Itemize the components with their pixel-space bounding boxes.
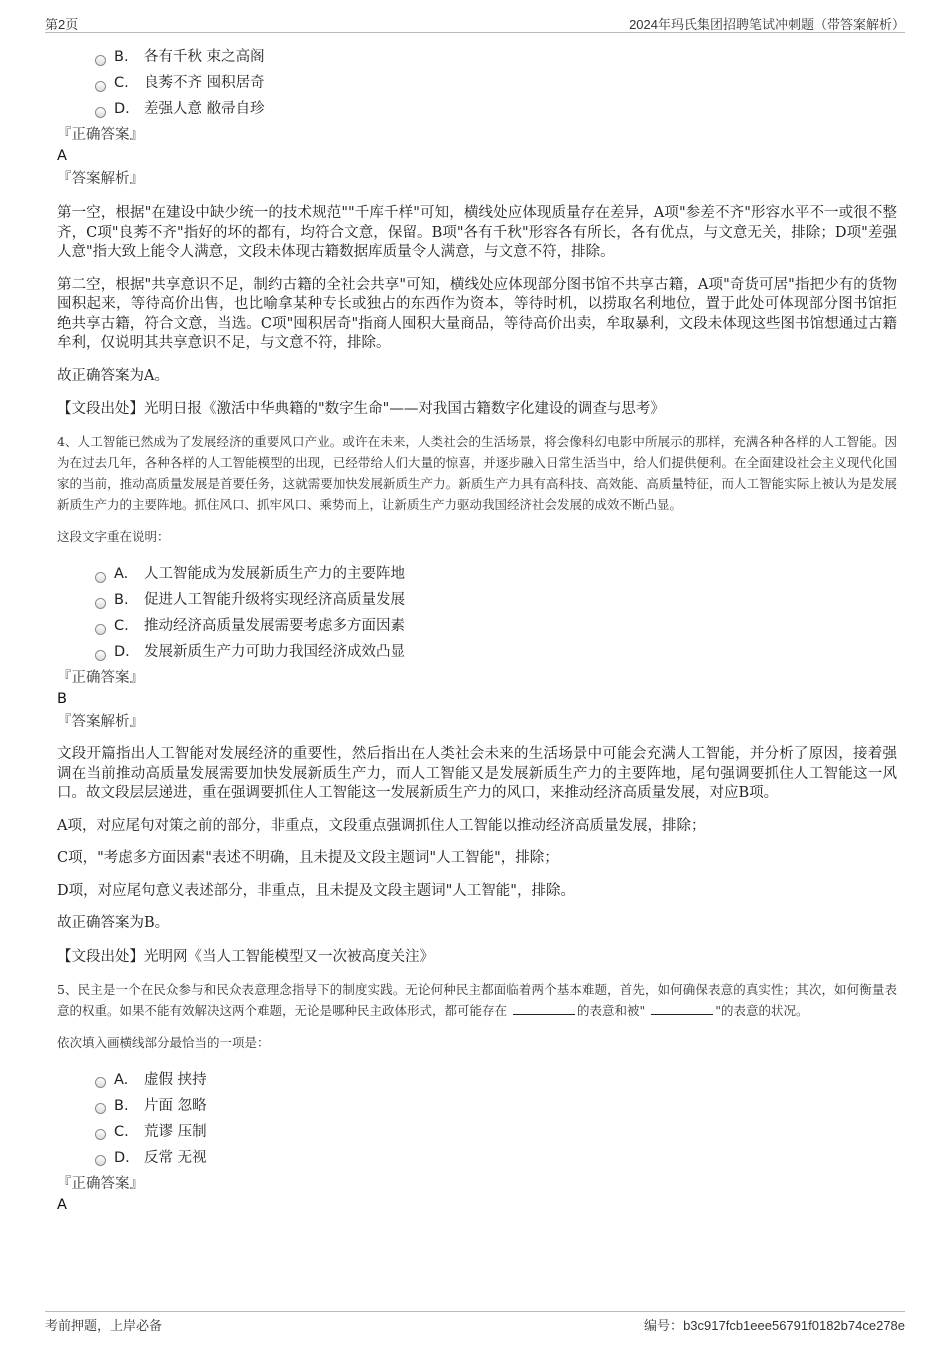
q3-conclusion: 故正确答案为A。 bbox=[57, 367, 897, 387]
q3-analysis-para-1: 第一空，根据"在建设中缺少统一的技术规范""千库千样"可知，横线处应体现质量存在… bbox=[57, 204, 897, 263]
q5-answer: A bbox=[57, 1195, 897, 1215]
radio-icon[interactable] bbox=[95, 650, 106, 661]
radio-icon[interactable] bbox=[95, 107, 106, 118]
page-footer: 考前押题，上岸必备 编号：b3c917fcb1eee56791f0182b74c… bbox=[45, 1311, 905, 1336]
q3-analysis-label: 『答案解析』 bbox=[57, 168, 897, 190]
q4-options: A. 人工智能成为发展新质生产力的主要阵地 B. 促进人工智能升级将实现经济高质… bbox=[95, 561, 897, 665]
q3-source: 【文段出处】光明日报《激活中华典籍的"数字生命"——对我国古籍数字化建设的调查与… bbox=[57, 399, 897, 419]
q3-option-b[interactable]: B. 各有千秋 束之高阁 bbox=[95, 44, 897, 70]
page-number: 第2页 bbox=[45, 14, 78, 33]
q4-analysis-para-1: 文段开篇指出人工智能对发展经济的重要性，然后指出在人类社会未来的生活场景中可能会… bbox=[57, 745, 897, 804]
q4-prompt: 这段文字重在说明： bbox=[57, 526, 897, 547]
radio-icon[interactable] bbox=[95, 598, 106, 609]
q3-analysis-para-2: 第二空，根据"共享意识不足，制约古籍的全社会共享"可知，横线处应体现部分图书馆不… bbox=[57, 276, 897, 354]
footer-slogan: 考前押题，上岸必备 bbox=[45, 1315, 162, 1334]
q4-option-a[interactable]: A. 人工智能成为发展新质生产力的主要阵地 bbox=[95, 561, 897, 587]
q5-option-c[interactable]: C. 荒谬 压制 bbox=[95, 1119, 897, 1145]
q5-option-d[interactable]: D. 反常 无视 bbox=[95, 1145, 897, 1171]
radio-icon[interactable] bbox=[95, 81, 106, 92]
q5-answer-label: 『正确答案』 bbox=[57, 1173, 897, 1195]
radio-icon[interactable] bbox=[95, 572, 106, 583]
q3-options: B. 各有千秋 束之高阁 C. 良莠不齐 囤积居奇 D. 差强人意 敝帚自珍 bbox=[95, 44, 897, 122]
q4-conclusion: 故正确答案为B。 bbox=[57, 914, 897, 934]
page-content: B. 各有千秋 束之高阁 C. 良莠不齐 囤积居奇 D. 差强人意 敝帚自珍 『… bbox=[57, 44, 897, 1215]
q4-stem: 4、人工智能已然成为了发展经济的重要风口产业。或许在未来，人类社会的生活场景，将… bbox=[57, 431, 897, 515]
q4-analysis-option-d: D项，对应尾句意义表述部分，非重点，且未提及文段主题词"人工智能"，排除。 bbox=[57, 882, 897, 902]
q5-stem: 5、民主是一个在民众参与和民众表意理念指导下的制度实践。无论何种民主都面临着两个… bbox=[57, 979, 897, 1021]
q3-option-d[interactable]: D. 差强人意 敝帚自珍 bbox=[95, 96, 897, 122]
q5-options: A. 虚假 挟持 B. 片面 忽略 C. 荒谬 压制 D. 反常 无视 bbox=[95, 1067, 897, 1171]
q4-analysis-option-c: C项，"考虑多方面因素"表述不明确，且未提及文段主题词"人工智能"，排除； bbox=[57, 849, 897, 869]
q5-option-a[interactable]: A. 虚假 挟持 bbox=[95, 1067, 897, 1093]
q4-answer: B bbox=[57, 689, 897, 709]
q4-source: 【文段出处】光明网《当人工智能模型又一次被高度关注》 bbox=[57, 947, 897, 967]
radio-icon[interactable] bbox=[95, 55, 106, 66]
q4-analysis-label: 『答案解析』 bbox=[57, 711, 897, 733]
radio-icon[interactable] bbox=[95, 1129, 106, 1140]
q5-prompt: 依次填入画横线部分最恰当的一项是： bbox=[57, 1032, 897, 1053]
document-id: 编号：b3c917fcb1eee56791f0182b74ce278e bbox=[644, 1315, 905, 1334]
radio-icon[interactable] bbox=[95, 1155, 106, 1166]
q4-option-d[interactable]: D. 发展新质生产力可助力我国经济成效凸显 bbox=[95, 639, 897, 665]
q4-analysis-option-a: A项，对应尾句对策之前的部分，非重点，文段重点强调抓住人工智能以推动经济高质量发… bbox=[57, 817, 897, 837]
radio-icon[interactable] bbox=[95, 624, 106, 635]
q3-option-c[interactable]: C. 良莠不齐 囤积居奇 bbox=[95, 70, 897, 96]
radio-icon[interactable] bbox=[95, 1077, 106, 1088]
q4-answer-label: 『正确答案』 bbox=[57, 667, 897, 689]
document-title: 2024年玛氏集团招聘笔试冲刺题（带答案解析） bbox=[629, 14, 905, 33]
q5-option-b[interactable]: B. 片面 忽略 bbox=[95, 1093, 897, 1119]
q3-answer-label: 『正确答案』 bbox=[57, 124, 897, 146]
blank-1 bbox=[513, 1002, 575, 1015]
blank-2 bbox=[651, 1002, 713, 1015]
radio-icon[interactable] bbox=[95, 1103, 106, 1114]
q3-answer: A bbox=[57, 146, 897, 166]
q4-option-c[interactable]: C. 推动经济高质量发展需要考虑多方面因素 bbox=[95, 613, 897, 639]
page-header: 第2页 2024年玛氏集团招聘笔试冲刺题（带答案解析） bbox=[45, 12, 905, 33]
q4-option-b[interactable]: B. 促进人工智能升级将实现经济高质量发展 bbox=[95, 587, 897, 613]
